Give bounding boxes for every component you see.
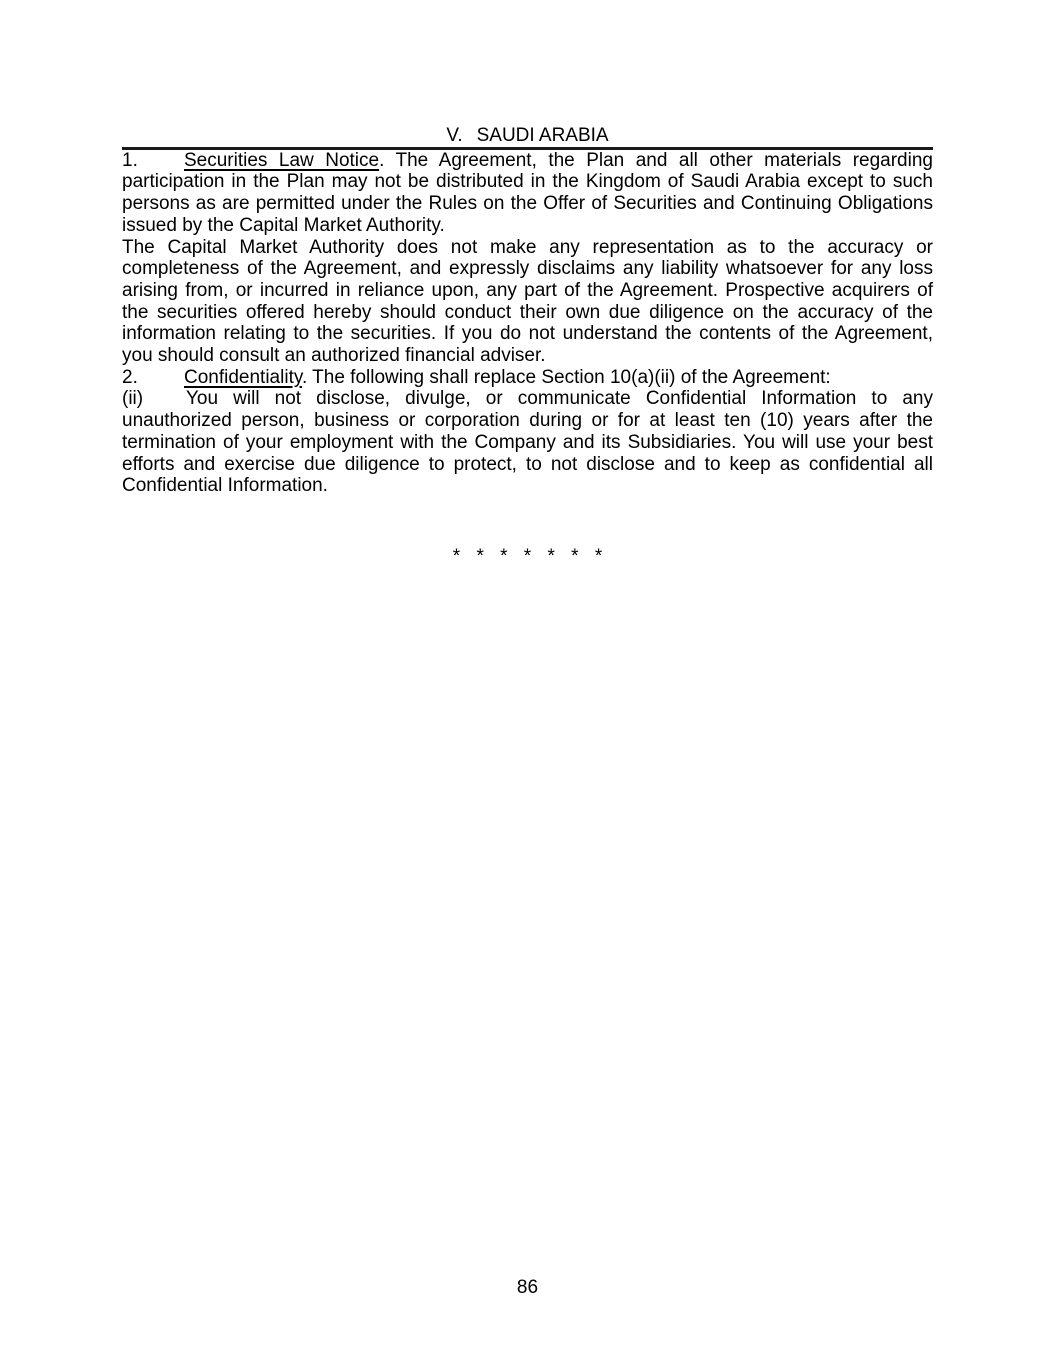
subsection-body: You will not disclose, divulge, or commu… <box>122 388 933 496</box>
paragraph-cma-disclaimer: The Capital Market Authority does not ma… <box>122 237 933 367</box>
page-number: 86 <box>0 1277 1055 1299</box>
confidentiality-body: . The following shall replace Section 10… <box>302 367 831 388</box>
paragraph-subsection-ii: (ii)You will not disclose, divulge, or c… <box>122 388 933 497</box>
section-header-number: V. <box>446 125 462 146</box>
paragraph-securities-law-notice: 1.Securities Law Notice. The Agreement, … <box>122 150 933 237</box>
paragraph-confidentiality: 2.Confidentiality. The following shall r… <box>122 367 933 389</box>
document-page: V.SAUDI ARABIA 1.Securities Law Notice. … <box>0 0 1055 1365</box>
asterisk-separator: * * * * * * * <box>122 546 933 568</box>
list-number-2: 2. <box>122 367 184 389</box>
securities-law-notice-heading: Securities Law Notice <box>184 150 379 171</box>
section-header-title: SAUDI ARABIA <box>477 125 609 146</box>
document-content: V.SAUDI ARABIA 1.Securities Law Notice. … <box>122 0 933 568</box>
list-number-1: 1. <box>122 150 184 172</box>
confidentiality-heading: Confidentiality <box>184 367 302 388</box>
section-header: V.SAUDI ARABIA <box>122 125 933 147</box>
subsection-label: (ii) <box>122 388 186 410</box>
